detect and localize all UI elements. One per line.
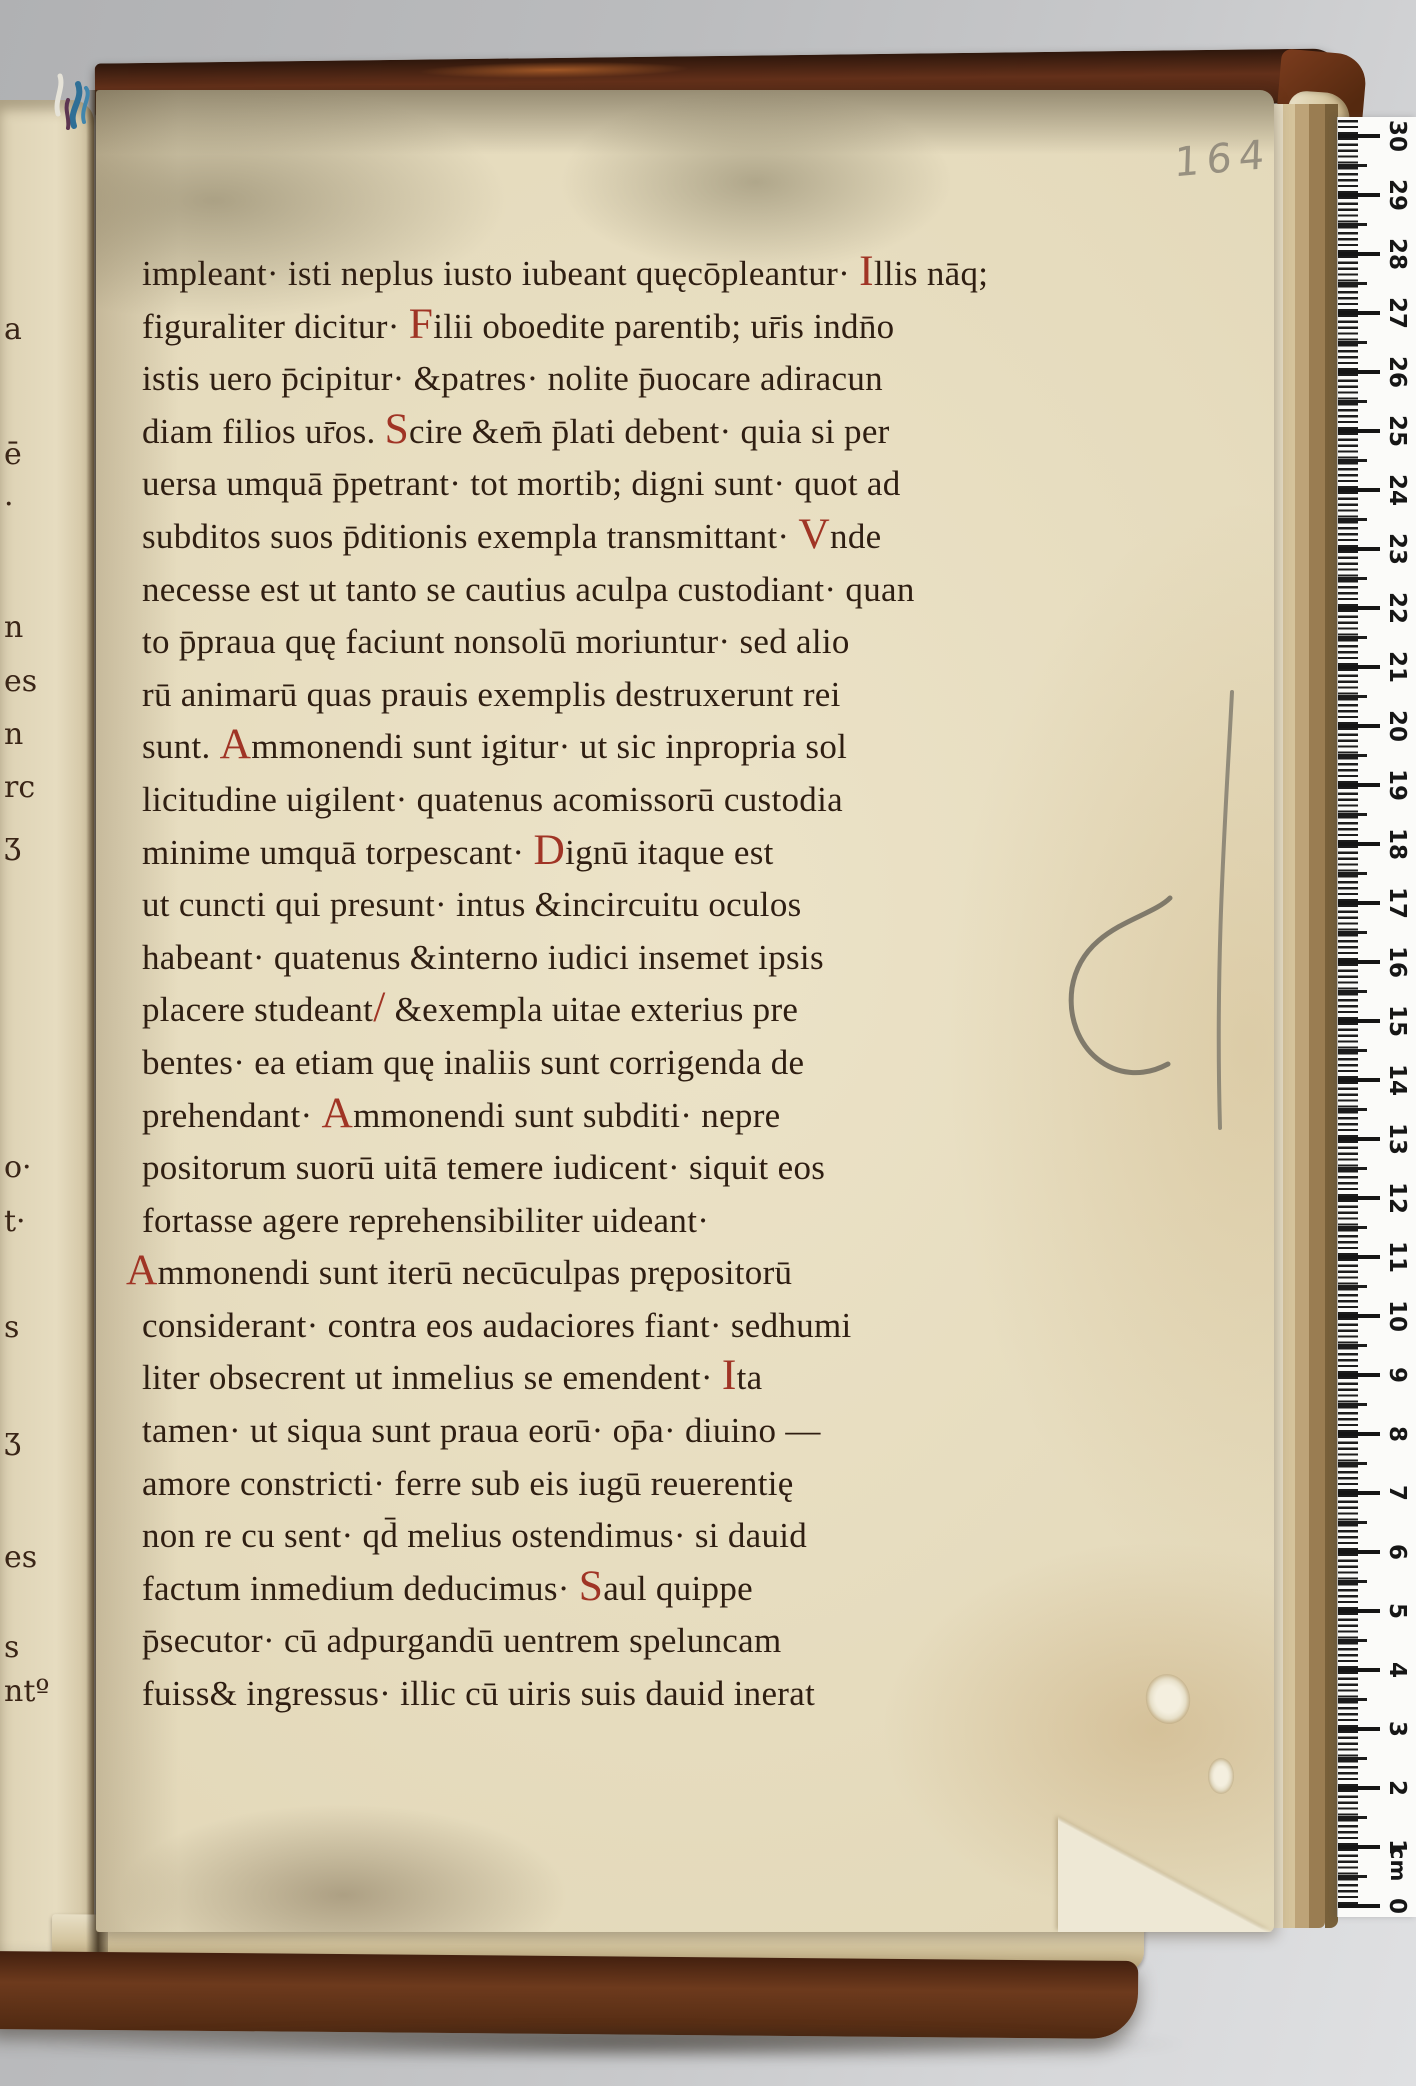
ruler-cm-tick (1338, 1078, 1380, 1081)
blue-thread (40, 66, 110, 146)
ruler-halfcm-tick (1338, 223, 1367, 225)
ink-text: minime umquā torpescant· (142, 833, 533, 872)
manuscript-line: subditos suos p̄ditionis exempla transmi… (142, 511, 1152, 564)
page-edge-band (1295, 104, 1309, 1928)
facing-page-fragment: · (4, 487, 14, 522)
ink-text: bentes· ea etiam quę inaliis sunt corrig… (142, 1043, 804, 1082)
ruler-cm-tick (1338, 1137, 1380, 1140)
facing-page-fragment: s (4, 1630, 19, 1665)
facing-page-fragment: ʒ (4, 1422, 21, 1457)
ruler-number: 30 (1384, 119, 1410, 153)
rubricated-initial: S (385, 405, 409, 453)
manuscript-line: impleant· isti neplus iusto iubeant quęc… (142, 248, 1152, 301)
ruler-cm-tick (1338, 1668, 1380, 1671)
ruler-cm-tick (1338, 1255, 1380, 1258)
facing-page-fragment: a (4, 312, 22, 347)
manuscript-line: positorum suorū uitā temere iudicent· si… (142, 1142, 1152, 1195)
ruler-cm-tick (1338, 1491, 1380, 1494)
ruler-unit-label: cm (1384, 1847, 1410, 1881)
ruler-cm-tick (1338, 252, 1380, 255)
manuscript-photo-frame: aē·nesnrcʒo·t·sʒessntº 164 impleant· ist… (0, 0, 1416, 2086)
ruler-cm-tick (1338, 134, 1380, 137)
manuscript-line: non re cu sent· qd̄ melius ostendimus· s… (142, 1510, 1152, 1563)
ruler-cm-tick (1338, 429, 1380, 432)
ruler-halfcm-tick (1338, 164, 1367, 166)
ruler-cm-tick (1338, 842, 1380, 845)
ruler-halfcm-tick (1338, 341, 1367, 343)
facing-page-fragment: es (4, 1540, 37, 1575)
pencil-marks (1020, 620, 1280, 1160)
ruler-halfcm-tick (1338, 1698, 1367, 1700)
ink-text: sunt. (142, 727, 220, 766)
ruler-halfcm-tick (1338, 931, 1367, 933)
ink-text: mmonendi sunt iterū necūculpas pręposito… (158, 1253, 793, 1292)
facing-page-fragment: s (4, 1310, 19, 1345)
manuscript-line: diam filios ur̄os. Scire &em̄ p̄lati deb… (142, 406, 1152, 459)
ruler-number: 21 (1384, 650, 1410, 684)
ruler-number: 20 (1384, 709, 1410, 743)
ruler-number: 12 (1384, 1181, 1410, 1215)
pencil-c-mark (1071, 898, 1170, 1073)
manuscript-line: Ammonendi sunt iterū necūculpas pręposit… (126, 1247, 1152, 1300)
manuscript-line: minime umquā torpescant· Dignū itaque es… (142, 827, 1152, 880)
page-edge-band (1309, 104, 1325, 1928)
facing-page-fragment: t· (4, 1204, 26, 1239)
page-edge-band (1283, 104, 1295, 1928)
ruler-cm-tick (1338, 1727, 1380, 1730)
ruler-halfcm-tick (1338, 1108, 1367, 1110)
parchment-repair-spot (1208, 1758, 1234, 1794)
manuscript-line: figuraliter dicitur· Filii oboedite pare… (142, 301, 1152, 354)
facing-page-fragment: ʒ (4, 827, 21, 862)
ruler-number: 13 (1384, 1122, 1410, 1156)
ruler-number: 22 (1384, 591, 1410, 625)
ruler-halfcm-tick (1338, 577, 1367, 579)
rubricated-initial: A (220, 720, 252, 768)
ruler-cm-tick (1338, 960, 1380, 963)
ruler-number: 26 (1384, 355, 1410, 389)
ruler-halfcm-tick (1338, 872, 1367, 874)
ruler-number: 3 (1384, 1712, 1410, 1746)
ruler-halfcm-tick (1338, 1167, 1367, 1169)
ink-text: fortasse agere reprehensibiliter uideant… (142, 1201, 709, 1240)
ruler-halfcm-tick (1338, 1403, 1367, 1405)
rubricated-initial: F (409, 300, 433, 348)
facing-page-fragment: ntº (4, 1674, 49, 1709)
ruler-cm-tick (1338, 311, 1380, 314)
ink-text: licitudine uigilent· quatenus acomissorū… (142, 780, 843, 819)
rubricated-initial: / (373, 983, 385, 1031)
book-drop-shadow (30, 2026, 1190, 2062)
ruler-cm-tick (1338, 1845, 1380, 1848)
manuscript-line: ut cuncti qui presunt· intus &incircuitu… (142, 879, 1152, 932)
manuscript-line: uersa umquā p̄petrant· tot mortib; digni… (142, 458, 1152, 511)
ruler-halfcm-tick (1338, 1344, 1367, 1346)
manuscript-line: liter obsecrent ut inmelius se emendent·… (142, 1352, 1152, 1405)
ink-text: ut cuncti qui presunt· intus &incircuitu… (142, 885, 802, 924)
ruler-number: 25 (1384, 414, 1410, 448)
ruler-cm-tick (1338, 1904, 1380, 1907)
ruler-number: 11 (1384, 1240, 1410, 1274)
manuscript-line: fuiss& ingressus· illic cū uiris suis da… (142, 1668, 1152, 1721)
ruler-halfcm-tick (1338, 282, 1367, 284)
ink-text: fuiss& ingressus· illic cū uiris suis da… (142, 1674, 815, 1713)
ink-text: mmonendi sunt subditi· nepre (353, 1096, 780, 1135)
ruler-number: 5 (1384, 1594, 1410, 1628)
ruler-halfcm-tick (1338, 754, 1367, 756)
ink-text: necesse est ut tanto se cautius aculpa c… (142, 570, 915, 609)
ruler-cm-tick (1338, 1550, 1380, 1553)
rubricated-initial: A (322, 1089, 354, 1137)
ink-text: istis uero p̄cipitur· &patres· nolite p̄… (142, 359, 883, 398)
manuscript-line: habeant· quatenus &interno iudici inseme… (142, 932, 1152, 985)
ruler-halfcm-tick (1338, 636, 1367, 638)
ruler-number: 24 (1384, 473, 1410, 507)
rubricated-initial: S (579, 1562, 603, 1610)
manuscript-line: amore constricti· ferre sub eis iugū reu… (142, 1458, 1152, 1511)
ink-text: cire &em̄ p̄lati debent· quia si per (409, 412, 890, 451)
manuscript-line: tamen· ut siqua sunt praua eorū· op̄a· d… (142, 1405, 1152, 1458)
pencil-vertical-stroke (1219, 692, 1232, 1128)
ink-text: considerant· contra eos audaciores fiant… (142, 1306, 852, 1345)
ink-text: rū animarū quas prauis exemplis destruxe… (142, 675, 841, 714)
ruler-halfcm-tick (1338, 1462, 1367, 1464)
ink-text: factum inmedium deducimus· (142, 1569, 579, 1608)
facing-page-fragment: ē (4, 437, 22, 472)
manuscript-text-block: impleant· isti neplus iusto iubeant quęc… (142, 248, 1152, 1721)
ruler-halfcm-tick (1338, 990, 1367, 992)
ruler-cm-tick (1338, 783, 1380, 786)
ink-text: nde (830, 517, 881, 556)
ink-text: positorum suorū uitā temere iudicent· si… (142, 1148, 825, 1187)
manuscript-line: p̄secutor· cū adpurgandū uentrem spelunc… (142, 1615, 1152, 1668)
manuscript-line: istis uero p̄cipitur· &patres· nolite p̄… (142, 353, 1152, 406)
folio-number: 164 (1173, 132, 1272, 187)
ruler-number: 7 (1384, 1476, 1410, 1510)
ruler-cm-tick (1338, 193, 1380, 196)
ink-text: prehendant· (142, 1096, 322, 1135)
page-corner-fold (1058, 1816, 1274, 1932)
ruler-halfcm-tick (1338, 695, 1367, 697)
ruler-halfcm-tick (1338, 1285, 1367, 1287)
ruler-cm-tick (1338, 1432, 1380, 1435)
ruler-number: 15 (1384, 1004, 1410, 1038)
facing-page-fragment: n (4, 717, 23, 752)
ink-text: impleant· isti neplus iusto iubeant quęc… (142, 254, 859, 293)
facing-page-fragment: es (4, 664, 37, 699)
ruler-number: 2 (1384, 1771, 1410, 1805)
ruler-number: 29 (1384, 178, 1410, 212)
ink-text: ta (737, 1358, 763, 1397)
manuscript-line: bentes· ea etiam quę inaliis sunt corrig… (142, 1037, 1152, 1090)
ink-text: ignū itaque est (565, 833, 774, 872)
ruler-halfcm-tick (1338, 400, 1367, 402)
manuscript-line: factum inmedium deducimus· Saul quippe (142, 1563, 1152, 1616)
ruler-halfcm-tick (1338, 1521, 1367, 1523)
ruler-cm-tick (1338, 1196, 1380, 1199)
ruler-halfcm-tick (1338, 518, 1367, 520)
ruler-number: 18 (1384, 827, 1410, 861)
ink-text: p̄secutor· cū adpurgandū uentrem spelunc… (142, 1621, 782, 1660)
rubricated-initial: I (859, 247, 874, 295)
ink-text: placere studeant (142, 990, 373, 1029)
ink-text: figuraliter dicitur· (142, 307, 409, 346)
ruler-number: 8 (1384, 1417, 1410, 1451)
ruler-cm-tick (1338, 606, 1380, 609)
ruler-number: 23 (1384, 532, 1410, 566)
ruler-number: 4 (1384, 1653, 1410, 1687)
ink-text: ilii oboedite parentib; ur̄is indn̄o (433, 307, 894, 346)
ruler-halfcm-tick (1338, 1757, 1367, 1759)
ruler-number: 16 (1384, 945, 1410, 979)
facing-page-fragment: rc (4, 770, 35, 805)
rubricated-initial: D (533, 826, 565, 874)
ruler-number: 10 (1384, 1299, 1410, 1333)
facing-page-fragment: o· (4, 1150, 32, 1185)
ink-text: subditos suos p̄ditionis exempla transmi… (142, 517, 798, 556)
manuscript-line: fortasse agere reprehensibiliter uideant… (142, 1195, 1152, 1248)
ink-text: diam filios ur̄os. (142, 412, 385, 451)
ink-text: mmonendi sunt igitur· ut sic inpropria s… (251, 727, 847, 766)
ink-text: aul quippe (603, 1569, 753, 1608)
ruler-halfcm-tick (1338, 1049, 1367, 1051)
ruler-cm-tick (1338, 724, 1380, 727)
ruler-cm-tick (1338, 1314, 1380, 1317)
manuscript-line: to p̄praua quę faciunt nonsolū moriuntur… (142, 616, 1152, 669)
ruler-halfcm-tick (1338, 1639, 1367, 1641)
ruler-halfcm-tick (1338, 1226, 1367, 1228)
ruler-halfcm-tick (1338, 1875, 1367, 1877)
ruler-number: 28 (1384, 237, 1410, 271)
rubricated-initial: V (798, 510, 830, 558)
ruler-halfcm-tick (1338, 1580, 1367, 1582)
rubricated-initial: I (722, 1351, 737, 1399)
ruler-cm-tick (1338, 901, 1380, 904)
manuscript-line: licitudine uigilent· quatenus acomissorū… (142, 774, 1152, 827)
ruler-cm-tick (1338, 1019, 1380, 1022)
ruler-halfcm-tick (1338, 459, 1367, 461)
ruler-cm-tick (1338, 1373, 1380, 1376)
ruler-number: 0 (1384, 1889, 1410, 1923)
ruler-number: 6 (1384, 1535, 1410, 1569)
ruler-halfcm-tick (1338, 813, 1367, 815)
ruler: 3029282726252423222120191817161514131211… (1337, 117, 1416, 1917)
manuscript-line: sunt. Ammonendi sunt igitur· ut sic inpr… (142, 721, 1152, 774)
ruler-cm-tick (1338, 547, 1380, 550)
facing-page-fragment: n (4, 610, 23, 645)
rubricated-initial: A (126, 1246, 158, 1294)
ruler-cm-tick (1338, 665, 1380, 668)
manuscript-line: prehendant· Ammonendi sunt subditi· nepr… (142, 1090, 1152, 1143)
ruler-cm-tick (1338, 370, 1380, 373)
ink-text: habeant· quatenus &interno iudici inseme… (142, 938, 824, 977)
ruler-number: 17 (1384, 886, 1410, 920)
ruler-cm-tick (1338, 488, 1380, 491)
ruler-number: 19 (1384, 768, 1410, 802)
ink-text: liter obsecrent ut inmelius se emendent· (142, 1358, 722, 1397)
ink-text: to p̄praua quę faciunt nonsolū moriuntur… (142, 622, 850, 661)
manuscript-line: rū animarū quas prauis exemplis destruxe… (142, 669, 1152, 722)
ink-text: &exempla uitae exterius pre (386, 990, 799, 1029)
ruler-number: 9 (1384, 1358, 1410, 1392)
ink-text: uersa umquā p̄petrant· tot mortib; digni… (142, 464, 901, 503)
facing-page-edge: aē·nesnrcʒo·t·sʒessntº (0, 100, 94, 1972)
manuscript-line: considerant· contra eos audaciores fiant… (142, 1300, 1152, 1353)
manuscript-line: necesse est ut tanto se cautius aculpa c… (142, 564, 1152, 617)
ruler-number: 14 (1384, 1063, 1410, 1097)
manuscript-line: placere studeant/ &exempla uitae exteriu… (142, 984, 1152, 1037)
ruler-cm-tick (1338, 1786, 1380, 1789)
ink-text: llis nāq; (874, 254, 989, 293)
ink-text: non re cu sent· qd̄ melius ostendimus· s… (142, 1516, 807, 1555)
ink-text: amore constricti· ferre sub eis iugū reu… (142, 1464, 794, 1503)
ruler-halfcm-tick (1338, 1816, 1367, 1818)
ink-text: tamen· ut siqua sunt praua eorū· op̄a· d… (142, 1411, 821, 1450)
ruler-cm-tick (1338, 1609, 1380, 1612)
ruler-number: 27 (1384, 296, 1410, 330)
